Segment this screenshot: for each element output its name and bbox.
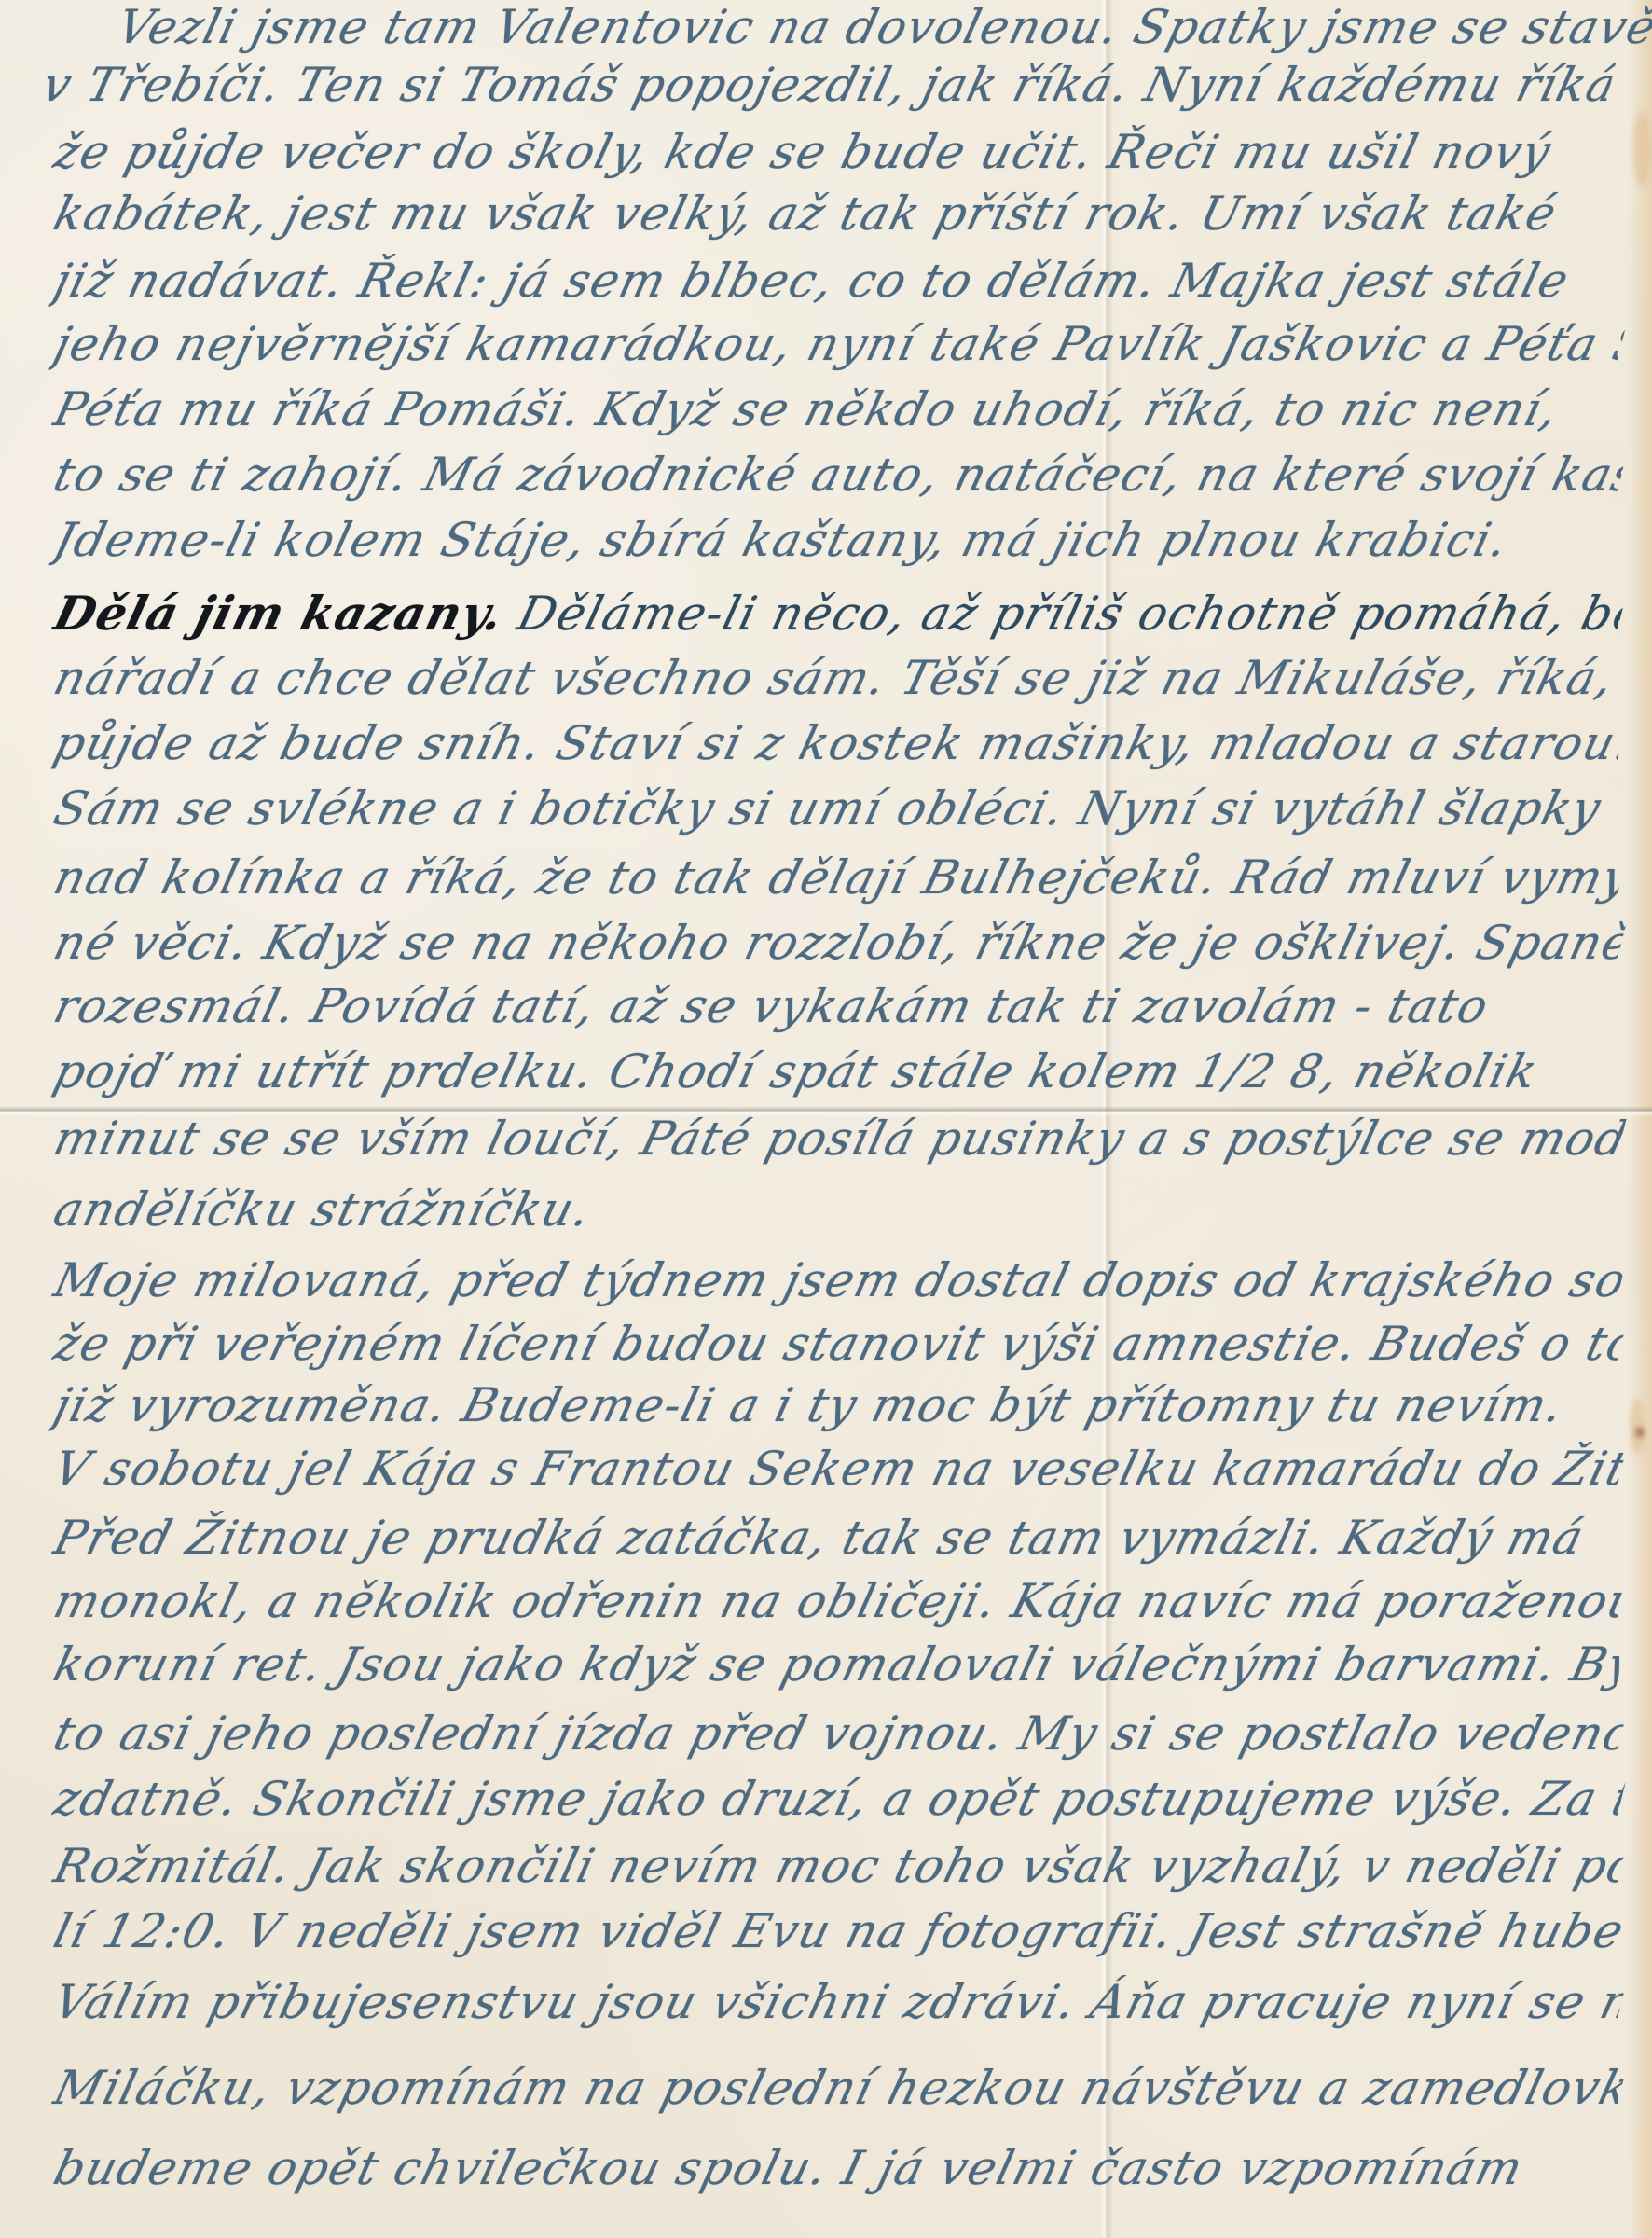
letter-line: Dělá jim kazany. Děláme-li něco, až příl… [48,586,1629,641]
letter-line: to asi jeho poslední jízda před vojnou. … [48,1706,1628,1761]
letter-body: Vezli jsme tam Valentovic na dovolenou. … [0,0,1652,2238]
letter-line-rest: Děláme-li něco, až příliš ochotně pomáhá… [513,587,1629,641]
letter-line: Jdeme-li kolem Stáje, sbírá kaštany, má … [48,513,1628,567]
letter-line: již nadávat. Řekl: já sem blbec, co to d… [48,254,1628,308]
letter-line: Rožmitál. Jak skončili nevím moc toho vš… [48,1839,1628,1893]
letter-line: nad kolínka a říká, že to tak dělají Bul… [48,850,1628,905]
letter-line: Před Žitnou je prudká zatáčka, tak se ta… [48,1511,1628,1565]
letter-line: andělíčku strážníčku. [48,1182,1628,1236]
letter-page: Vezli jsme tam Valentovic na dovolenou. … [0,0,1652,2238]
letter-line: pojď mi utřít prdelku. Chodí spát stále … [48,1044,1628,1098]
letter-line: to se ti zahojí. Má závodnické auto, nat… [48,448,1628,502]
letter-line: Moje milovaná, před týdnem jsem dostal d… [48,1253,1628,1307]
letter-line: Vezli jsme tam Valentovic na dovolenou. … [112,0,1652,54]
letter-line: monokl, a několik odřenin na obličeji. K… [48,1574,1628,1628]
letter-line: že při veřejném líčení budou stanovit vý… [48,1317,1628,1371]
letter-line: nářadí a chce dělat všechno sám. Těší se… [48,651,1628,705]
letter-line: zdatně. Skončili jsme jako druzí, a opět… [48,1772,1628,1826]
letter-line: Sám se svlékne a i botičky si umí obléci… [48,781,1628,836]
letter-line: minut se se vším loučí, Páté posílá pusi… [48,1112,1628,1166]
letter-line: v Třebíči. Ten si Tomáš popojezdil, jak … [37,58,1617,112]
letter-line: né věci. Když se na někoho rozzlobí, řík… [48,916,1628,970]
letter-line: kabátek, jest mu však velký, až tak příš… [48,186,1628,241]
letter-line: že půjde večer do školy, kde se bude uči… [48,125,1628,179]
letter-line: Válím přibujesenstvu jsou všichni zdrávi… [48,1975,1628,2029]
letter-line: lí 12:0. V neděli jsem viděl Evu na foto… [48,1904,1628,1958]
letter-line: Miláčku, vzpomínám na poslední hezkou ná… [48,2061,1628,2115]
letter-line: jeho nejvěrnější kamarádkou, nyní také P… [48,317,1628,371]
letter-line: budeme opět chvilečkou spolu. I já velmi… [48,2141,1628,2195]
letter-line: půjde až bude sníh. Staví si z kostek ma… [48,716,1628,770]
emphasized-phrase: Dělá jim kazany. [48,586,510,641]
letter-line: koruní ret. Jsou jako když se pomalovali… [48,1637,1628,1692]
letter-line: již vyrozuměna. Budeme-li a i ty moc být… [48,1378,1628,1432]
letter-line: rozesmál. Povídá tatí, až se vykakám tak… [48,979,1628,1033]
letter-line: V sobotu jel Kája s Frantou Sekem na ves… [48,1442,1628,1496]
letter-line: Péťa mu říká Pomáši. Když se někdo uhodí… [48,382,1628,436]
